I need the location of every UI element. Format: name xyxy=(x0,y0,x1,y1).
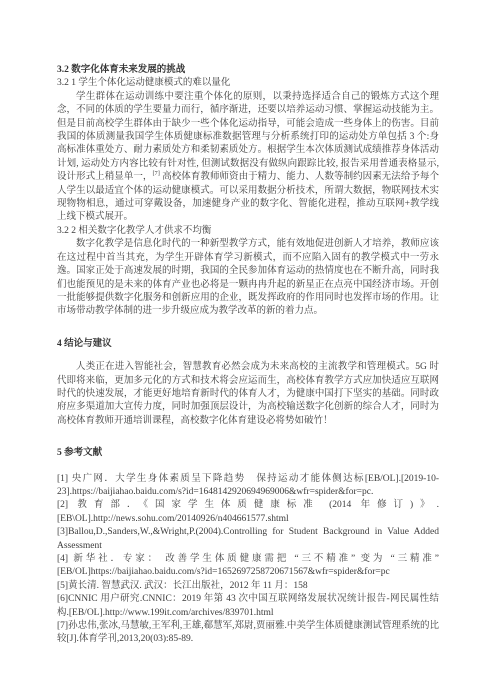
section-heading-5-references: 5 参考文献 xyxy=(57,447,439,460)
citation-superscript: [7] xyxy=(152,170,159,177)
document-page: 3.2 数字化体育未来发展的挑战 3.2 1 学生个体化运动健康模式的难以量化 … xyxy=(0,0,495,700)
paragraph-conclusion: 人类正在进入智能社会，智慧教育必然会成为未来高校的主流教学和管理模式。5G 时代… xyxy=(57,361,439,428)
paragraph-digital-teaching-talent: 数字化教学是信息化时代的一种新型教学方式，能有效地促进创新人才培养，教师应该在这… xyxy=(57,238,439,318)
reference-item-1: [1] 央广网．大学生身体素质呈下降趋势 保持运动才能体侧达标[EB/OL].[… xyxy=(57,473,439,500)
subsection-heading-3-2-1: 3.2 1 学生个体化运动健康模式的难以量化 xyxy=(57,77,439,90)
reference-item-3: [3]Ballou,D.,Sanders,W.,&Wright,P.(2004)… xyxy=(57,526,439,553)
subsection-heading-3-2-2: 3.2 2 相关数字化教学人才供求不均衡 xyxy=(57,225,439,238)
reference-item-4: [4] 新华社．专家： 改善学生体质健康需把 “三不精准” 变为 “三精准” [… xyxy=(57,553,439,580)
reference-item-2: [2] 教育部．《国家学生体质健康标准 (2014 年修订)》.[EB\OL].… xyxy=(57,499,439,526)
reference-item-5: [5]黄长清. 智慧武汉. 武汉：长江出版社，2012 年 11 月：158 xyxy=(57,580,439,593)
reference-list: [1] 央广网．大学生身体素质呈下降趋势 保持运动才能体侧达标[EB/OL].[… xyxy=(57,473,439,647)
section-heading-3-2: 3.2 数字化体育未来发展的挑战 xyxy=(57,64,439,77)
paragraph-text-start: 学生群体在运动训练中要注重个体化的原则，以秉持选择适合自己的锻炼方式这个理念，不… xyxy=(57,92,439,182)
reference-item-7: [7]孙忠伟,张冰,马慧敏,王军利,王雄,郗慧军,郑尉,贾丽雅.中美学生体质健康… xyxy=(57,620,439,647)
section-heading-4-conclusion: 4 结论与建议 xyxy=(57,338,439,351)
reference-item-6: [6]CNNIC 用户研究.CNNIC：2019 年第 43 次中国互联网络发展… xyxy=(57,593,439,620)
paragraph-individual-health-model: 学生群体在运动训练中要注重个体化的原则，以秉持选择适合自己的锻炼方式这个理念，不… xyxy=(57,91,439,225)
